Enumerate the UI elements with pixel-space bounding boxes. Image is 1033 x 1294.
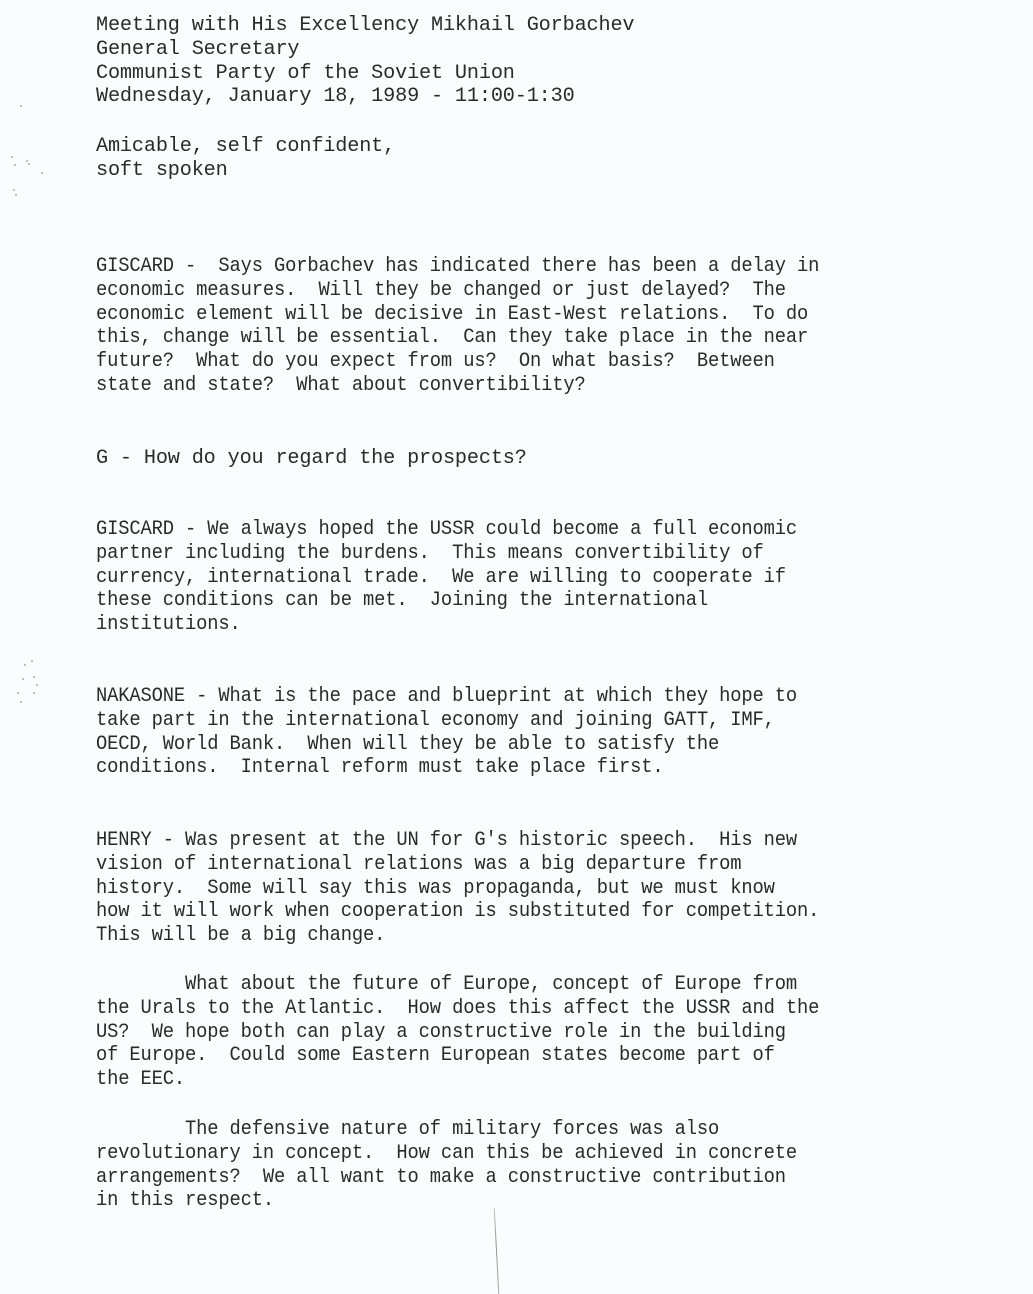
paragraph-line: state and state? What about convertibili…	[96, 374, 819, 398]
scan-scratch-line	[494, 1208, 499, 1294]
impression-line: Amicable, self confident,	[96, 135, 395, 159]
paragraph-line: future? What do you expect from us? On w…	[96, 350, 819, 374]
paragraph-line: partner including the burdens. This mean…	[96, 542, 797, 566]
section-giscard-2: GISCARD - We always hoped the USSR could…	[96, 518, 850, 637]
header-line-title: Meeting with His Excellency Mikhail Gorb…	[96, 14, 634, 38]
impression-note: Amicable, self confident, soft spoken	[96, 135, 395, 183]
paragraph-line: conditions. Internal reform must take pl…	[96, 756, 797, 780]
section-g-question: G - How do you regard the prospects?	[96, 447, 527, 471]
paragraph-line: vision of international relations was a …	[96, 853, 819, 877]
section-henry-3: The defensive nature of military forces …	[96, 1118, 850, 1213]
paragraph-line: arrangements? We all want to make a cons…	[96, 1166, 797, 1190]
meeting-header: Meeting with His Excellency Mikhail Gorb…	[96, 14, 634, 109]
paragraph-line: What about the future of Europe, concept…	[96, 973, 819, 997]
section-giscard-1: GISCARD - Says Gorbachev has indicated t…	[96, 255, 874, 398]
paragraph-line: how it will work when cooperation is sub…	[96, 900, 819, 924]
paragraph-line: GISCARD - Says Gorbachev has indicated t…	[96, 255, 819, 279]
paragraph-line: This will be a big change.	[96, 924, 819, 948]
paragraph-line: in this respect.	[96, 1189, 797, 1213]
paragraph-line: this, change will be essential. Can they…	[96, 326, 819, 350]
section-henry-1: HENRY - Was present at the UN for G's hi…	[96, 829, 874, 948]
paragraph-line: the Urals to the Atlantic. How does this…	[96, 997, 819, 1021]
paragraph-line: of Europe. Could some Eastern European s…	[96, 1044, 819, 1068]
header-line-position: General Secretary	[96, 38, 634, 62]
paragraph-line: G - How do you regard the prospects?	[96, 447, 527, 471]
paragraph-line: US? We hope both can play a constructive…	[96, 1021, 819, 1045]
header-line-party: Communist Party of the Soviet Union	[96, 62, 634, 86]
section-henry-2: What about the future of Europe, concept…	[96, 973, 874, 1092]
paragraph-line: currency, international trade. We are wi…	[96, 566, 797, 590]
paragraph-line: institutions.	[96, 613, 797, 637]
paragraph-line: The defensive nature of military forces …	[96, 1118, 797, 1142]
paragraph-line: these conditions can be met. Joining the…	[96, 589, 797, 613]
paragraph-line: economic element will be decisive in Eas…	[96, 303, 819, 327]
paragraph-line: revolutionary in concept. How can this b…	[96, 1142, 797, 1166]
paragraph-line: economic measures. Will they be changed …	[96, 279, 819, 303]
paragraph-line: the EEC.	[96, 1068, 819, 1092]
paragraph-line: take part in the international economy a…	[96, 709, 797, 733]
paragraph-line: NAKASONE - What is the pace and blueprin…	[96, 685, 797, 709]
header-line-date: Wednesday, January 18, 1989 - 11:00-1:30	[96, 85, 634, 109]
paragraph-line: GISCARD - We always hoped the USSR could…	[96, 518, 797, 542]
paragraph-line: HENRY - Was present at the UN for G's hi…	[96, 829, 819, 853]
paragraph-line: history. Some will say this was propagan…	[96, 877, 819, 901]
paragraph-line: OECD, World Bank. When will they be able…	[96, 733, 797, 757]
section-nakasone: NAKASONE - What is the pace and blueprin…	[96, 685, 850, 780]
impression-line: soft spoken	[96, 159, 395, 183]
